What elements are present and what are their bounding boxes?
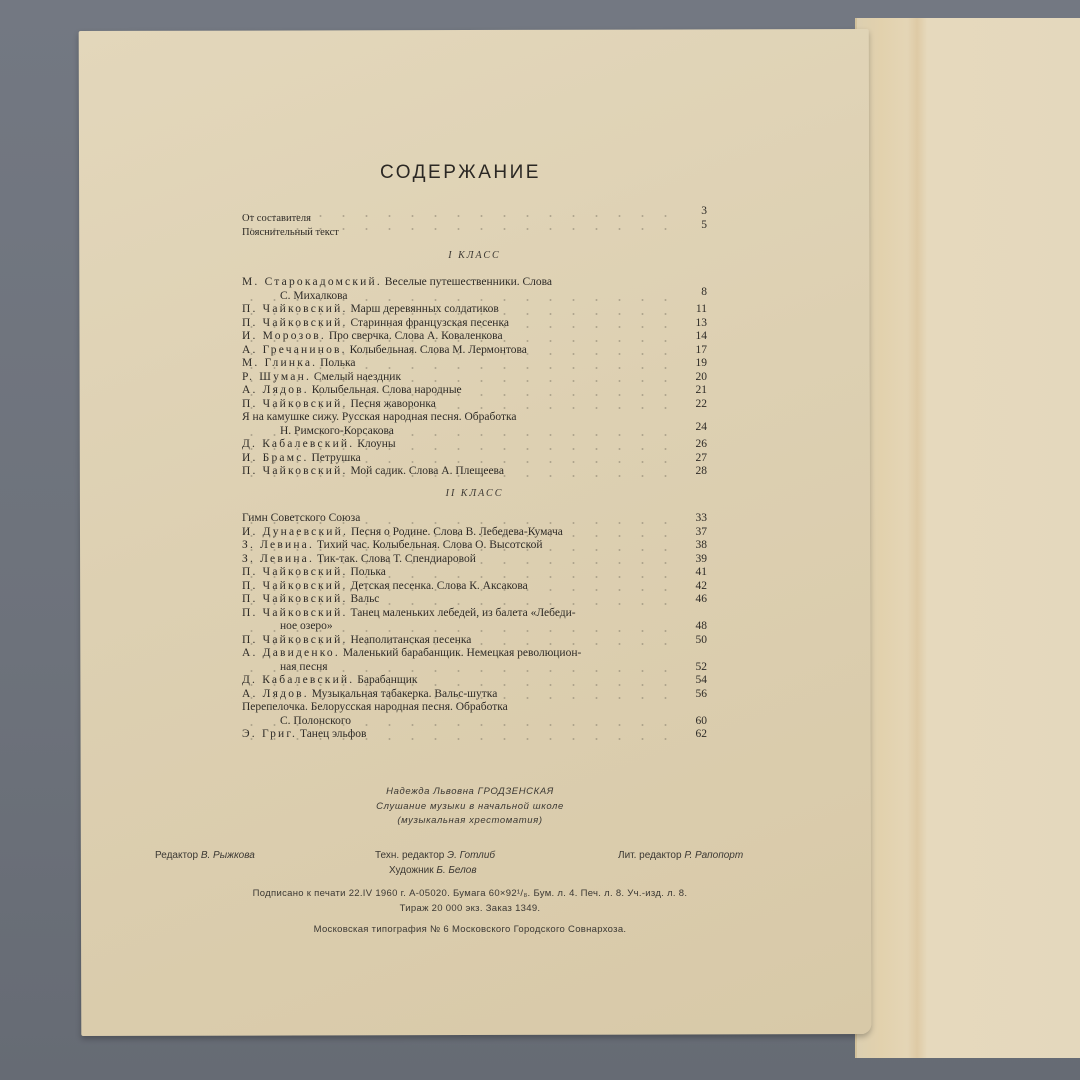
toc-author: М. Старокадомский. xyxy=(242,276,382,288)
toc-title: Марш деревянных солдатиков xyxy=(350,303,498,315)
imprint-book-title: Слушание музыки в начальной школе xyxy=(140,800,800,815)
toc-author: П. Чайковский. xyxy=(242,303,348,315)
toc-entry: Я на камушке сижу. Русская народная песн… xyxy=(242,411,707,438)
toc-page-number: 3 xyxy=(683,205,707,219)
toc-title: Танец эльфов xyxy=(300,728,366,740)
toc-entry: А. Лядов. Музыкальная табакерка. Вальс-ш… xyxy=(242,688,707,702)
toc-entry: П. Чайковский. Мой садик. Слова А. Плеще… xyxy=(242,465,707,479)
toc-title-continuation: ная песня xyxy=(242,661,328,675)
toc-entry: З. Левина. Тик-так. Слова Т. Спендиарово… xyxy=(242,553,707,567)
print-data-line-2: Тираж 20 000 экз. Заказ 1349. xyxy=(140,901,800,916)
section-heading-class-2: II КЛАСС xyxy=(242,488,707,499)
toc-entry: Д. Кабалевский. Клоуны26 xyxy=(242,438,707,452)
toc-page-number: 8 xyxy=(683,286,707,300)
toc-author: А. Гречанинов. xyxy=(242,344,347,356)
toc-title: Мой садик. Слова А. Плещеева xyxy=(350,465,503,477)
toc-page-number: 5 xyxy=(683,219,707,233)
toc-page-number: 62 xyxy=(683,728,707,742)
toc-author: П. Чайковский. xyxy=(242,607,348,619)
toc-entry: П. Чайковский. Песня жаворонка22 xyxy=(242,398,707,412)
toc-entry: П. Чайковский. Полька41 xyxy=(242,566,707,580)
toc-title: Гимн Советского Союза xyxy=(242,512,360,526)
toc-entry: М. Глинка. Полька19 xyxy=(242,357,707,371)
toc-entry: А. Лядов. Колыбельная. Слова народные21 xyxy=(242,384,707,398)
toc-page-number: 17 xyxy=(683,344,707,358)
toc-entry: Д. Кабалевский. Барабанщик54 xyxy=(242,674,707,688)
toc-page-number: 13 xyxy=(683,317,707,331)
toc-title: Колыбельная. Слова М. Лермонтова xyxy=(350,344,527,356)
toc-title: Старинная французская песенка xyxy=(350,317,509,329)
toc-author: З. Левина. xyxy=(242,553,314,565)
toc-author: П. Чайковский. xyxy=(242,593,348,605)
toc-entry: П. Чайковский. Детская песенка. Слова К.… xyxy=(242,580,707,594)
toc-title: Песня о Родине. Слова В. Лебедева-Кумача xyxy=(351,526,563,538)
toc-title: Тик-так. Слова Т. Спендиаровой xyxy=(317,553,476,565)
toc-page-number: 28 xyxy=(683,465,707,479)
toc-page-number: 38 xyxy=(683,539,707,553)
toc-title-continuation: ное озеро» xyxy=(242,620,333,634)
toc-entry: П. Чайковский. Неаполитанская песенка50 xyxy=(242,634,707,648)
page-title: СОДЕРЖАНИЕ xyxy=(380,162,560,184)
toc-entry: Э. Григ. Танец эльфов62 xyxy=(242,728,707,742)
toc-title: Я на камушке сижу. Русская народная песн… xyxy=(242,411,517,425)
section-heading-class-1: I КЛАСС xyxy=(242,250,707,261)
toc-page-number: 60 xyxy=(683,715,707,729)
toc-entry: И. Морозов. Про сверчка. Слова А. Ковале… xyxy=(242,330,707,344)
toc-entry: И. Дунаевский. Песня о Родине. Слова В. … xyxy=(242,526,707,540)
toc-page-number: 11 xyxy=(683,303,707,317)
toc-title: Танец маленьких лебедей, из балета «Лебе… xyxy=(350,607,575,619)
toc-author: П. Чайковский. xyxy=(242,317,348,329)
toc-front-matter: От составителя 3 Пояснительный текст 5 xyxy=(242,205,707,232)
toc-author: И. Морозов. xyxy=(242,330,326,342)
credit-label: Редактор xyxy=(155,850,198,861)
toc-entry: От составителя 3 xyxy=(242,205,707,219)
toc-entry: П. Чайковский. Танец маленьких лебедей, … xyxy=(242,607,707,634)
print-data-line-1: Подписано к печати 22.IV 1960 г. А-05020… xyxy=(140,886,800,901)
toc-entry-text: Пояснительный текст xyxy=(242,226,339,240)
imprint-block: Надежда Львовна ГРОДЗЕНСКАЯ Слушание муз… xyxy=(140,785,800,829)
toc-title: Петрушка xyxy=(311,452,360,464)
toc-author: З. Левина. xyxy=(242,539,314,551)
toc-author: П. Чайковский. xyxy=(242,580,348,592)
toc-title: Песня жаворонка xyxy=(350,398,435,410)
credit-name: Б. Белов xyxy=(436,865,476,876)
toc-title-continuation: С. Михалкова xyxy=(242,290,347,304)
toc-title: Полька xyxy=(320,357,355,369)
toc-page-number: 56 xyxy=(683,688,707,702)
toc-page-number: 26 xyxy=(683,438,707,452)
toc-title-continuation: Н. Римского-Корсакова xyxy=(242,425,394,439)
toc-author: П. Чайковский. xyxy=(242,634,348,646)
toc-title: Вальс xyxy=(350,593,379,605)
toc-entry: Р. Шуман. Смелый наездник20 xyxy=(242,371,707,385)
toc-author: А. Лядов. xyxy=(242,384,309,396)
toc-author: И. Брамс. xyxy=(242,452,309,464)
credit-lit-editor: Лит. редактор Р. Рапопорт xyxy=(618,850,743,861)
toc-page-number: 50 xyxy=(683,634,707,648)
toc-author: П. Чайковский. xyxy=(242,398,348,410)
imprint-credits: Редактор В. Рыжкова Техн. редактор Э. Го… xyxy=(140,850,800,950)
toc-entry: П. Чайковский. Вальс46 xyxy=(242,593,707,607)
page-content: СОДЕРЖАНИЕ От составителя 3 Пояснительны… xyxy=(0,0,1080,1080)
toc-entry: А. Гречанинов. Колыбельная. Слова М. Лер… xyxy=(242,344,707,358)
toc-page-number: 19 xyxy=(683,357,707,371)
printer-line: Московская типография № 6 Московского Го… xyxy=(140,922,800,937)
toc-entry: Перепелочка. Белорусская народная песня.… xyxy=(242,701,707,728)
credit-label: Художник xyxy=(389,865,434,876)
toc-page-number: 42 xyxy=(683,580,707,594)
toc-entry: П. Чайковский. Старинная французская пес… xyxy=(242,317,707,331)
credit-label: Лит. редактор xyxy=(618,850,682,861)
toc-author: Э. Григ. xyxy=(242,728,297,740)
toc-page-number: 22 xyxy=(683,398,707,412)
toc-page-number: 39 xyxy=(683,553,707,567)
toc-title: Маленький барабанщик. Немецкая революцио… xyxy=(343,647,582,659)
toc-page-number: 20 xyxy=(683,371,707,385)
toc-author: И. Дунаевский. xyxy=(242,526,348,538)
toc-title: Детская песенка. Слова К. Аксакова xyxy=(350,580,527,592)
toc-page-number: 41 xyxy=(683,566,707,580)
toc-author: М. Глинка. xyxy=(242,357,317,369)
toc-title: Барабанщик xyxy=(357,674,417,686)
toc-author: А. Давиденко. xyxy=(242,647,340,659)
toc-title: Тихий час. Колыбельная. Слова О. Высотск… xyxy=(317,539,543,551)
toc-author: Р. Шуман. xyxy=(242,371,311,383)
toc-page-number: 48 xyxy=(683,620,707,634)
toc-title: Музыкальная табакерка. Вальс-шутка xyxy=(312,688,498,700)
toc-page-number: 46 xyxy=(683,593,707,607)
toc-entry: З. Левина. Тихий час. Колыбельная. Слова… xyxy=(242,539,707,553)
credit-name: Э. Готлиб xyxy=(447,850,495,861)
credit-editor: Редактор В. Рыжкова xyxy=(155,850,255,861)
imprint-author: Надежда Львовна ГРОДЗЕНСКАЯ xyxy=(140,785,800,800)
toc-entry: Гимн Советского Союза33 xyxy=(242,512,707,526)
toc-entry: М. Старокадомский. Веселые путешественни… xyxy=(242,276,707,303)
toc-section-1: М. Старокадомский. Веселые путешественни… xyxy=(242,276,707,479)
toc-title: Колыбельная. Слова народные xyxy=(312,384,462,396)
toc-author: Д. Кабалевский. xyxy=(242,438,354,450)
toc-page-number: 37 xyxy=(683,526,707,540)
toc-title: Смелый наездник xyxy=(314,371,401,383)
toc-title: Полька xyxy=(350,566,385,578)
toc-title: Клоуны xyxy=(357,438,395,450)
toc-section-2: Гимн Советского Союза33 И. Дунаевский. П… xyxy=(242,512,707,742)
toc-author: П. Чайковский. xyxy=(242,465,348,477)
toc-page-number: 24 xyxy=(683,421,707,435)
toc-title: Про сверчка. Слова А. Коваленкова xyxy=(329,330,503,342)
toc-page-number: 33 xyxy=(683,512,707,526)
toc-author: П. Чайковский. xyxy=(242,566,348,578)
toc-page-number: 54 xyxy=(683,674,707,688)
credit-artist: Художник Б. Белов xyxy=(389,865,477,876)
toc-page-number: 14 xyxy=(683,330,707,344)
toc-author: Д. Кабалевский. xyxy=(242,674,354,686)
imprint-subtitle: (музыкальная хрестоматия) xyxy=(140,814,800,829)
credit-name: В. Рыжкова xyxy=(201,850,255,861)
toc-entry: И. Брамс. Петрушка27 xyxy=(242,452,707,466)
toc-title-continuation: С. Полонского xyxy=(242,715,351,729)
toc-title: Неаполитанская песенка xyxy=(350,634,471,646)
toc-entry: А. Давиденко. Маленький барабанщик. Неме… xyxy=(242,647,707,674)
credit-name: Р. Рапопорт xyxy=(684,850,743,861)
credit-tech-editor: Техн. редактор Э. Готлиб xyxy=(375,850,495,861)
credit-label: Техн. редактор xyxy=(375,850,444,861)
toc-page-number: 27 xyxy=(683,452,707,466)
toc-page-number: 21 xyxy=(683,384,707,398)
toc-author: А. Лядов. xyxy=(242,688,309,700)
toc-entry: Пояснительный текст 5 xyxy=(242,219,707,233)
toc-page-number: 52 xyxy=(683,661,707,675)
toc-entry: П. Чайковский. Марш деревянных солдатико… xyxy=(242,303,707,317)
toc-title: Перепелочка. Белорусская народная песня.… xyxy=(242,701,508,715)
toc-title: Веселые путешественники. Слова xyxy=(385,276,552,288)
